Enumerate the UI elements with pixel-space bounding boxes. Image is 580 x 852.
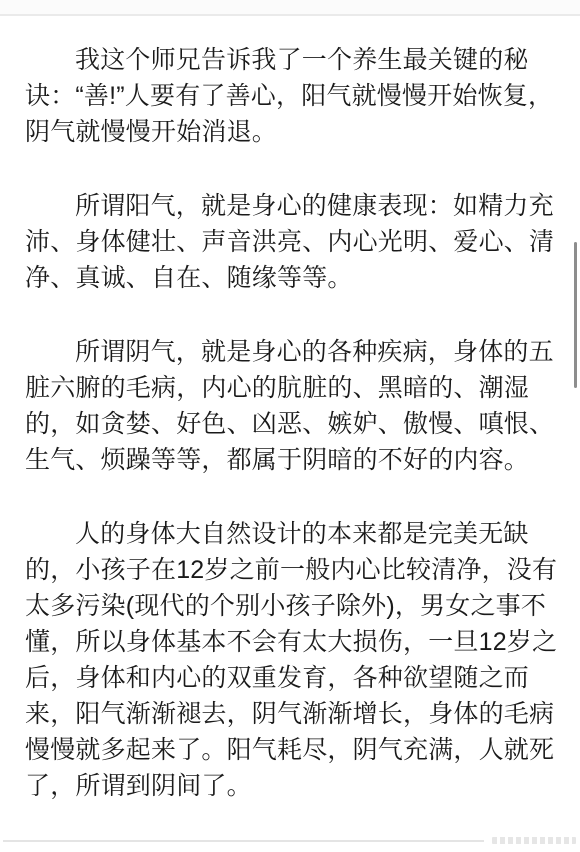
text-line: 来，阳气渐渐褪去，阴气渐渐增长，身体的毛病 — [25, 696, 556, 732]
text-line: 生气、烦躁等等，都属于阴暗的不好的内容。 — [25, 442, 556, 478]
watermark — [492, 837, 576, 844]
text-line: 后，身体和内心的双重发育，各种欲望随之而 — [25, 660, 556, 696]
text-line: 太多污染(现代的个别小孩子除外)，男女之事不 — [25, 588, 556, 624]
paragraph: 所谓阳气，就是身心的健康表现：如精力充沛、身体健壮、声音洪亮、内心光明、爱心、清… — [25, 188, 556, 296]
text-line: 脏六腑的毛病，内心的肮脏的、黑暗的、潮湿 — [25, 370, 556, 406]
text-line: 阴气就慢慢开始消退。 — [25, 114, 556, 150]
top-divider — [0, 14, 580, 16]
text-line: 人的身体大自然设计的本来都是完美无缺 — [25, 516, 556, 552]
text-line: 所谓阳气，就是身心的健康表现：如精力充 — [25, 188, 556, 224]
reader-screen: 我这个师兄告诉我了一个养生最关键的秘诀：“善!”人要有了善心，阳气就慢慢开始恢复… — [0, 0, 580, 852]
text-line: 了，所谓到阴间了。 — [25, 768, 556, 804]
text-line: 所谓阴气，就是身心的各种疾病，身体的五 — [25, 334, 556, 370]
paragraph: 所谓阴气，就是身心的各种疾病，身体的五脏六腑的毛病，内心的肮脏的、黑暗的、潮湿的… — [25, 334, 556, 478]
top-strip — [0, 0, 580, 14]
bottom-divider — [3, 840, 484, 842]
text-line: 的，小孩子在12岁之前一般内心比较清净，没有 — [25, 552, 556, 588]
text-line: 沛、身体健壮、声音洪亮、内心光明、爱心、清 — [25, 224, 556, 260]
paragraph: 我这个师兄告诉我了一个养生最关键的秘诀：“善!”人要有了善心，阳气就慢慢开始恢复… — [25, 42, 556, 150]
scrollbar-thumb[interactable] — [574, 242, 577, 388]
text-line: 诀：“善!”人要有了善心，阳气就慢慢开始恢复， — [25, 78, 556, 114]
text-line: 慢慢就多起来了。阳气耗尽，阴气充满，人就死 — [25, 732, 556, 768]
text-line: 的，如贪婪、好色、凶恶、嫉妒、傲慢、嗔恨、 — [25, 406, 556, 442]
text-line: 懂，所以身体基本不会有太大损伤，一旦12岁之 — [25, 624, 556, 660]
text-line: 净、真诚、自在、随缘等等。 — [25, 260, 556, 296]
text-line: 我这个师兄告诉我了一个养生最关键的秘 — [25, 42, 556, 78]
paragraph: 人的身体大自然设计的本来都是完美无缺的，小孩子在12岁之前一般内心比较清净，没有… — [25, 516, 556, 804]
article: 我这个师兄告诉我了一个养生最关键的秘诀：“善!”人要有了善心，阳气就慢慢开始恢复… — [25, 42, 556, 842]
